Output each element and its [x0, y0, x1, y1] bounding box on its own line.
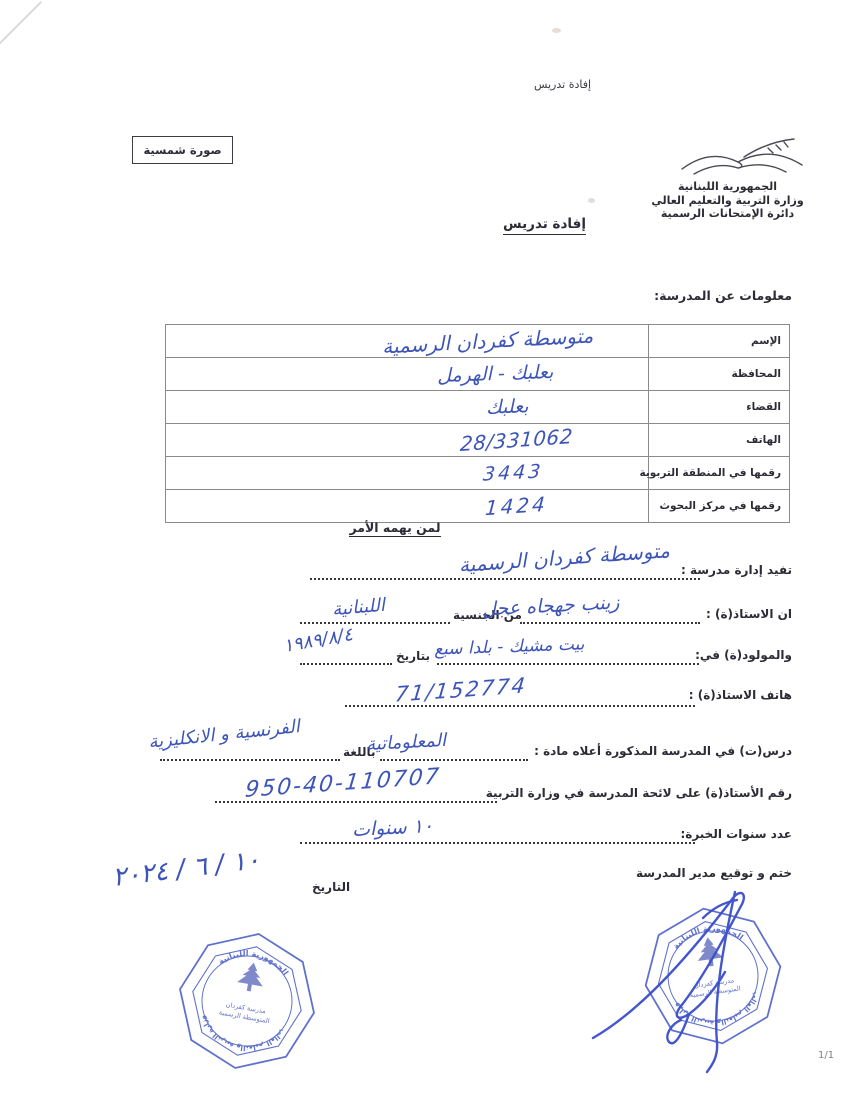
experience-label: عدد سنوات الخبرة:	[680, 827, 792, 841]
handwritten-research-number: 1424	[484, 492, 548, 521]
scanned-document-page: إفادة تدريس صورة شمسية الجمهورية اللبنان…	[0, 0, 850, 1100]
ministry-header: الجمهورية اللبنانية وزارة التربية والتعل…	[630, 180, 825, 221]
concern-heading: لمن يهمه الأمر	[325, 520, 465, 535]
row-label-governorate: المحافظة	[649, 358, 790, 391]
dotted-line	[300, 622, 450, 624]
table-row: الإسم متوسطة كفردان الرسمية	[166, 325, 790, 358]
table-row: المحافظة بعلبك - الهرمل	[166, 358, 790, 391]
scan-speck	[588, 198, 595, 203]
school-info-table: الإسم متوسطة كفردان الرسمية المحافظة بعل…	[165, 324, 790, 523]
handwritten-teacher-name: زينب جهجاه عجل	[482, 591, 620, 620]
page-number: 1/1	[818, 1050, 834, 1061]
header-department: دائرة الإمتحانات الرسمية	[630, 207, 825, 221]
teacher-phone-label: هاتف الاستاذ(ة) :	[689, 688, 792, 702]
ministry-stamp-right	[585, 878, 820, 1078]
dotted-line	[160, 759, 340, 761]
scan-corner-artifact	[0, 1, 42, 44]
row-label-phone: الهاتف	[649, 424, 790, 457]
row-label-district: القضاء	[649, 391, 790, 424]
row-label-name: الإسم	[649, 325, 790, 358]
subject-label: درس(ت) في المدرسة المذكورة أعلاه مادة :	[534, 744, 792, 758]
handwritten-birthdate: ١٩٨٩/٨/٤	[282, 624, 355, 657]
ministry-stamp-left: الجمهورية اللبنانية وزارة التربية والتعل…	[166, 926, 328, 1078]
table-row: رقمها في المنطقة التربوية 3443	[166, 457, 790, 490]
school-info-heading: معلومات عن المدرسة:	[654, 288, 792, 303]
handwritten-nationality: اللبنانية	[331, 595, 386, 621]
row-label-research-number: رقمها في مركز البحوث	[649, 490, 790, 523]
handwritten-date: ١٠ / ٦ / ٢٠٢٤	[111, 845, 262, 893]
table-row: القضاء بعلبك	[166, 391, 790, 424]
handwritten-school-name: متوسطة كفردان الرسمية	[381, 323, 593, 358]
school-certifies-label: تفيد إدارة مدرسة :	[681, 563, 792, 577]
handwritten-governorate: بعلبك - الهرمل	[436, 361, 553, 387]
handwritten-teacher-phone: 71/152774	[394, 673, 528, 706]
handwritten-birthplace: بيت مشيك - بلدا سبع	[434, 634, 585, 659]
born-date-label: بتاريخ	[396, 649, 430, 663]
scan-speck	[552, 28, 561, 33]
handwritten-experience: ١٠ سنوات	[351, 815, 433, 841]
dotted-line	[310, 578, 700, 580]
row-label-region-number: رقمها في المنطقة التربوية	[649, 457, 790, 490]
table-row: الهاتف 28/331062	[166, 424, 790, 457]
table-row: رقمها في مركز البحوث 1424	[166, 490, 790, 523]
handwritten-certifying-school: متوسطة كفردان الرسمية	[390, 538, 671, 581]
photo-box: صورة شمسية	[132, 136, 233, 164]
photo-box-label: صورة شمسية	[143, 143, 221, 157]
teacher-label: ان الاستاذ(ة) :	[706, 607, 792, 621]
header-ministry: وزارة التربية والتعليم العالي	[630, 194, 825, 208]
handwritten-language: الفرنسية و الانكليزية	[147, 716, 300, 753]
dotted-line	[380, 759, 528, 761]
ministry-logo	[672, 136, 812, 180]
document-title: إفادة تدريس	[472, 216, 617, 232]
handwritten-registry-number: 950-40-110707	[244, 764, 442, 803]
handwritten-district: بعلبك	[485, 395, 528, 418]
registry-label: رقم الأستاذ(ة) على لائحة المدرسة في وزار…	[486, 786, 792, 800]
header-republic: الجمهورية اللبنانية	[630, 180, 825, 194]
handwritten-region-number: 3443	[482, 460, 544, 485]
born-label: والمولود(ة) في:	[695, 648, 792, 662]
handwritten-phone: 28/331062	[459, 424, 573, 456]
dotted-line	[300, 663, 392, 665]
handwritten-subject: المعلوماتية	[366, 730, 447, 755]
dotted-line	[437, 663, 699, 665]
dotted-line	[520, 622, 700, 624]
dotted-line	[300, 842, 695, 844]
top-note: إفادة تدريس	[505, 78, 620, 91]
date-label: التاريخ	[312, 880, 350, 894]
